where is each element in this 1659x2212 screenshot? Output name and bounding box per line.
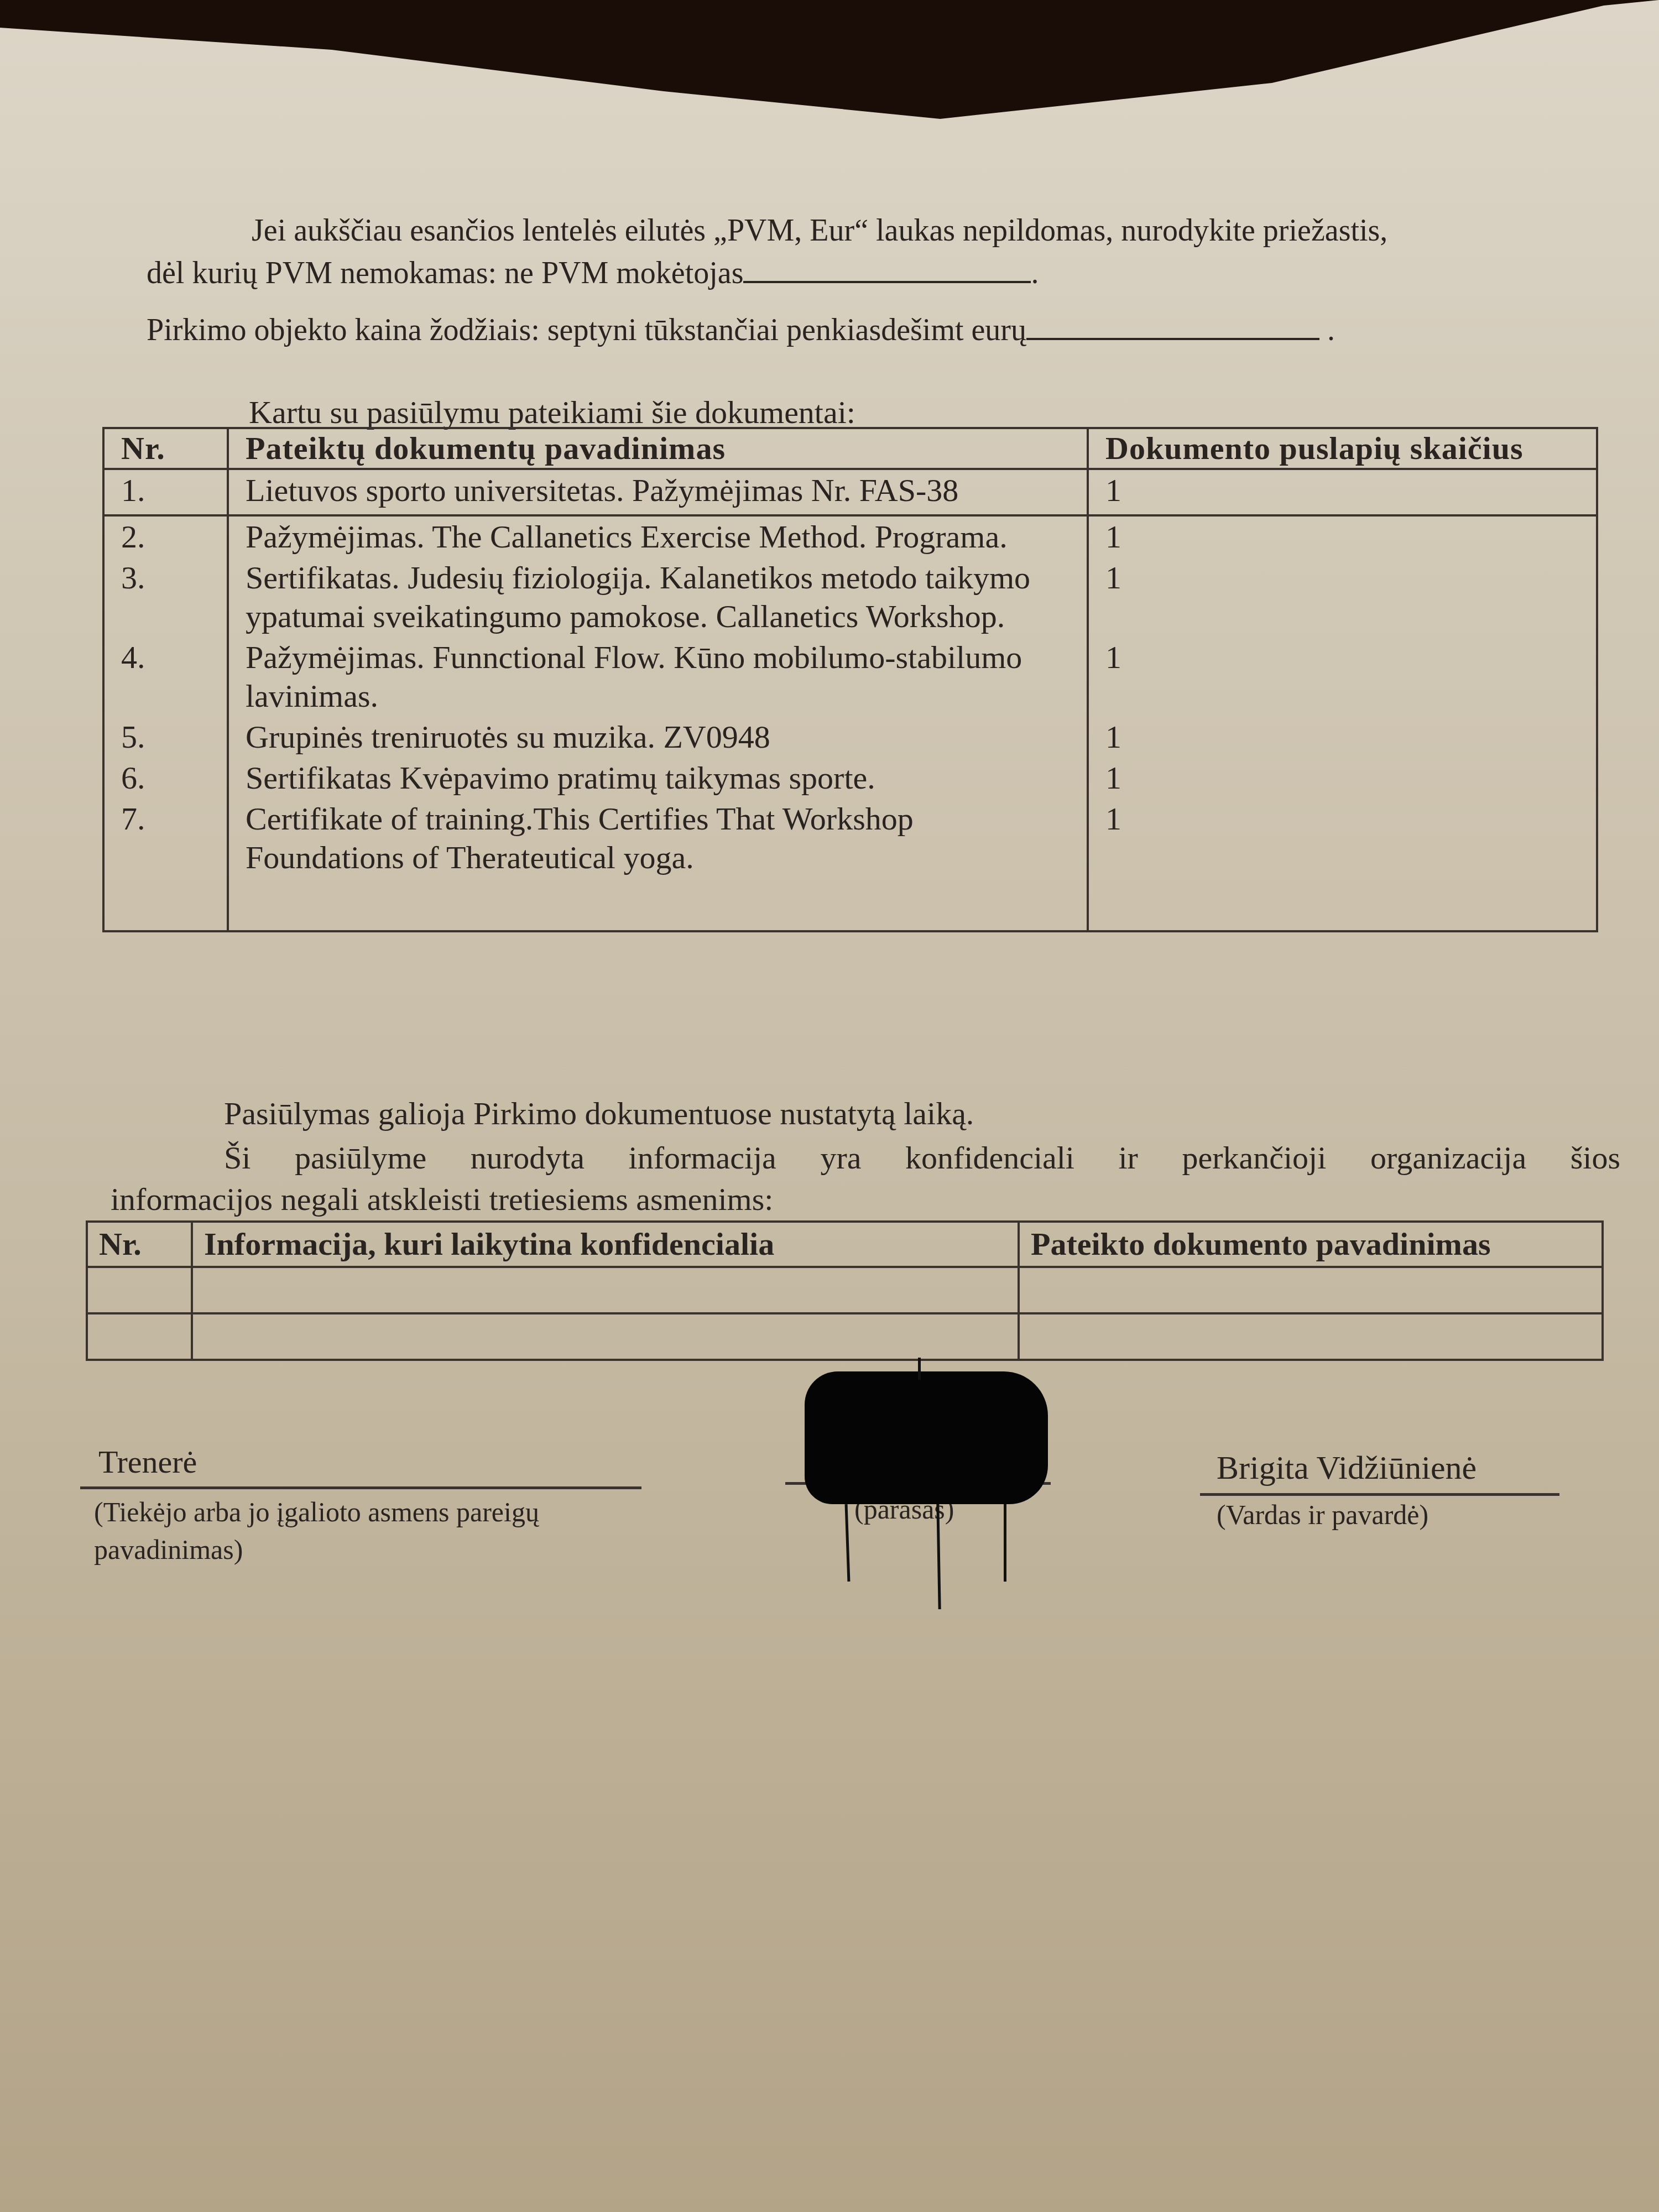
price-blank-line	[1026, 332, 1319, 340]
table-row: 3. Sertifikatas. Judesių fiziologija. Ka…	[103, 557, 1597, 637]
redacted-signature	[805, 1371, 1048, 1504]
validity-statement: Pasiūlymas galioja Pirkimo dokumentuose …	[224, 1095, 974, 1132]
docs-header-pages: Dokumento puslapių skaičius	[1088, 428, 1597, 469]
table-row: 7. Certifikate of training.This Certifie…	[103, 799, 1597, 878]
table-row-empty	[103, 878, 1597, 931]
table-row: 2. Pažymėjimas. The Callanetics Exercise…	[103, 515, 1597, 557]
price-in-words: Pirkimo objekto kaina žodžiais: septyni …	[147, 312, 1335, 348]
vat-note-line2: dėl kurių PVM nemokamas: ne PVM mokėtoja…	[147, 255, 1039, 291]
confidential-line1: Ši pasiūlyme nurodyta informacija yra ko…	[224, 1139, 1620, 1176]
conf-header-doc: Pateikto dokumento pavadinimas	[1019, 1222, 1603, 1267]
table-row	[87, 1267, 1603, 1313]
signature-stroke	[918, 1358, 921, 1380]
vat-blank-line	[743, 275, 1031, 283]
signer-name: Brigita Vidžiūnienė	[1217, 1449, 1477, 1487]
name-caption: (Vardas ir pavardė)	[1217, 1499, 1428, 1531]
table-row	[87, 1313, 1603, 1360]
name-rule	[1200, 1493, 1559, 1496]
vat-reason: dėl kurių PVM nemokamas: ne PVM mokėtoja…	[147, 256, 743, 290]
role-rule	[80, 1486, 641, 1489]
signature-stroke	[1004, 1504, 1006, 1582]
documents-table: Nr. Pateiktų dokumentų pavadinimas Dokum…	[102, 427, 1598, 932]
role-caption: (Tiekėjo arba jo įgalioto asmens pareigų…	[94, 1493, 647, 1568]
documents-caption: Kartu su pasiūlymu pateikiami šie dokume…	[249, 394, 855, 431]
conf-header-nr: Nr.	[87, 1222, 192, 1267]
table-row: 4. Pažymėjimas. Funnctional Flow. Kūno m…	[103, 637, 1597, 717]
table-row: 1. Lietuvos sporto universitetas. Pažymė…	[103, 469, 1597, 515]
conf-header-info: Informacija, kuri laikytina konfidencial…	[192, 1222, 1019, 1267]
table-row: 6. Sertifikatas Kvėpavimo pratimų taikym…	[103, 758, 1597, 799]
confidential-line2: informacijos negali atskleisti tretiesie…	[111, 1181, 773, 1218]
docs-header-name: Pateiktų dokumentų pavadinimas	[228, 428, 1088, 469]
confidential-table: Nr. Informacija, kuri laikytina konfiden…	[86, 1220, 1604, 1361]
table-row: 5. Grupinės treniruotės su muzika. ZV094…	[103, 717, 1597, 758]
docs-header-nr: Nr.	[103, 428, 228, 469]
vat-note-line1: Jei aukščiau esančios lentelės eilutės „…	[252, 213, 1387, 248]
signer-role: Trenerė	[98, 1443, 197, 1480]
